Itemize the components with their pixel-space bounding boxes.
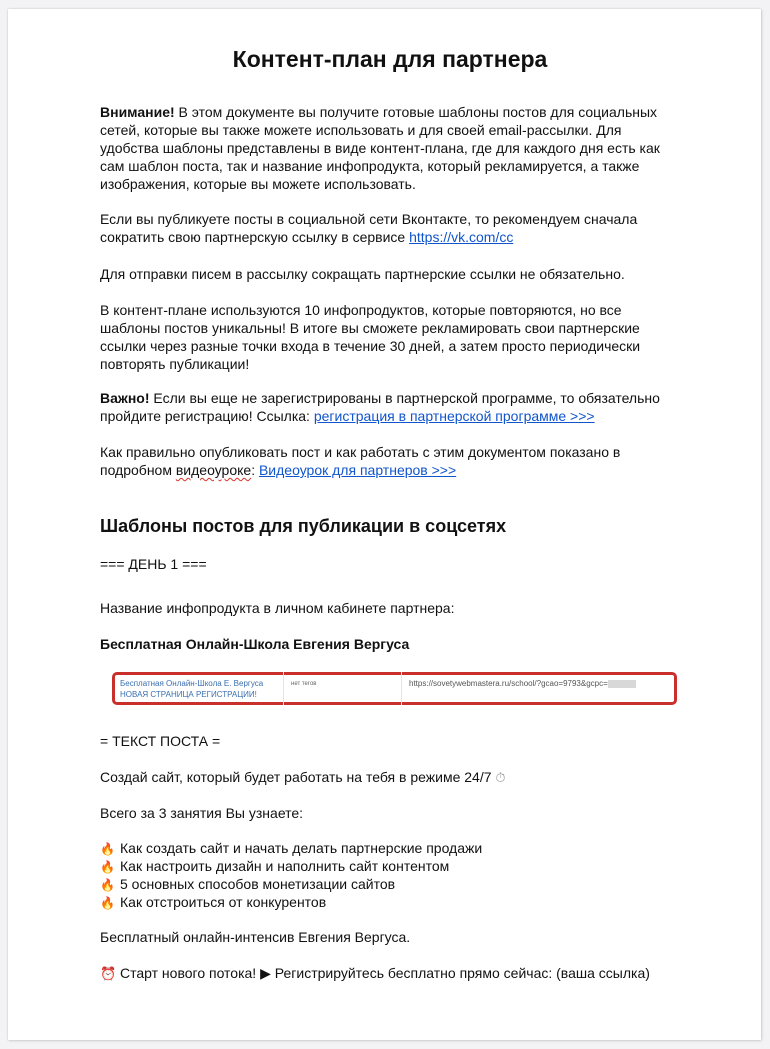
misspelled-word: видеоуроке	[176, 462, 251, 478]
section-heading: Шаблоны постов для публикации в соцсетях	[100, 515, 506, 537]
screenshot-divider	[283, 672, 284, 705]
play-arrow-icon: ▶	[260, 965, 271, 981]
screenshot-url: https://sovetywebmastera.ru/school/?gcao…	[409, 679, 608, 688]
fire-icon: 🔥	[100, 858, 120, 876]
screenshot-product-subtitle: НОВАЯ СТРАНИЦА РЕГИСТРАЦИИ!	[120, 689, 280, 700]
document-page: Контент-план для партнера Внимание! В эт…	[8, 9, 761, 1040]
post-line-2: Всего за 3 занятия Вы узнаете:	[100, 804, 680, 822]
product-screenshot: Бесплатная Онлайн-Школа Е. Вергуса НОВАЯ…	[112, 672, 677, 705]
benefits-list: 🔥Как создать сайт и начать делать партне…	[100, 839, 482, 911]
vk-text: Если вы публикуете посты в социальной се…	[100, 211, 637, 245]
important-paragraph: Важно! Если вы еще не зарегистрированы в…	[100, 389, 680, 425]
vk-paragraph: Если вы публикуете посты в социальной се…	[100, 210, 680, 246]
list-item-text: Как настроить дизайн и наполнить сайт ко…	[120, 858, 449, 874]
products-paragraph: В контент-плане используются 10 инфопрод…	[100, 301, 680, 373]
post-line-3: Бесплатный онлайн-интенсив Евгения Вергу…	[100, 928, 680, 946]
post-line-1: Создай сайт, который будет работать на т…	[100, 768, 680, 787]
cta-line: ⏰Старт нового потока! ▶ Регистрируйтесь …	[100, 964, 680, 983]
screenshot-url-cell: https://sovetywebmastera.ru/school/?gcao…	[409, 678, 636, 689]
product-name-label: Название инфопродукта в личном кабинете …	[100, 599, 680, 617]
list-item-text: 5 основных способов монетизации сайтов	[120, 876, 395, 892]
list-item: 🔥Как создать сайт и начать делать партне…	[100, 839, 482, 857]
attention-label: Внимание!	[100, 104, 175, 120]
screenshot-divider	[401, 672, 402, 705]
list-item: 🔥Как настроить дизайн и наполнить сайт к…	[100, 857, 482, 875]
redacted-value	[608, 680, 636, 688]
day-label: === ДЕНЬ 1 ===	[100, 555, 680, 573]
stopwatch-icon: ⏱	[495, 770, 505, 785]
fire-icon: 🔥	[100, 876, 120, 894]
cta-text-2: Регистрируйтесь бесплатно прямо сейчас: …	[275, 965, 650, 981]
intro-paragraph: Внимание! В этом документе вы получите г…	[100, 103, 680, 193]
cta-text-1: Старт нового потока!	[120, 965, 256, 981]
screenshot-product-title: Бесплатная Онлайн-Школа Е. Вергуса	[120, 678, 280, 689]
fire-icon: 🔥	[100, 894, 120, 912]
screenshot-tags: нет тегов	[291, 679, 316, 690]
page-title: Контент-план для партнера	[100, 45, 680, 73]
video-paragraph: Как правильно опубликовать пост и как ра…	[100, 443, 680, 479]
important-label: Важно!	[100, 390, 150, 406]
list-item-text: Как отстроиться от конкурентов	[120, 894, 326, 910]
email-paragraph: Для отправки писем в рассылку сокращать …	[100, 265, 680, 283]
product-name: Бесплатная Онлайн-Школа Евгения Вергуса	[100, 635, 680, 653]
post-line-1-text: Создай сайт, который будет работать на т…	[100, 769, 492, 785]
intro-text: В этом документе вы получите готовые шаб…	[100, 104, 660, 192]
video-colon: :	[251, 462, 259, 478]
alarm-clock-icon: ⏰	[100, 965, 120, 983]
list-item: 🔥5 основных способов монетизации сайтов	[100, 875, 482, 893]
fire-icon: 🔥	[100, 840, 120, 858]
registration-link[interactable]: регистрация в партнерской программе >>>	[314, 408, 595, 424]
screenshot-product-cell: Бесплатная Онлайн-Школа Е. Вергуса НОВАЯ…	[120, 678, 280, 700]
list-item: 🔥Как отстроиться от конкурентов	[100, 893, 482, 911]
video-tutorial-link[interactable]: Видеоурок для партнеров >>>	[259, 462, 456, 478]
vk-cc-link[interactable]: https://vk.com/cc	[409, 229, 513, 245]
post-text-label: = ТЕКСТ ПОСТА =	[100, 732, 680, 750]
list-item-text: Как создать сайт и начать делать партнер…	[120, 840, 482, 856]
